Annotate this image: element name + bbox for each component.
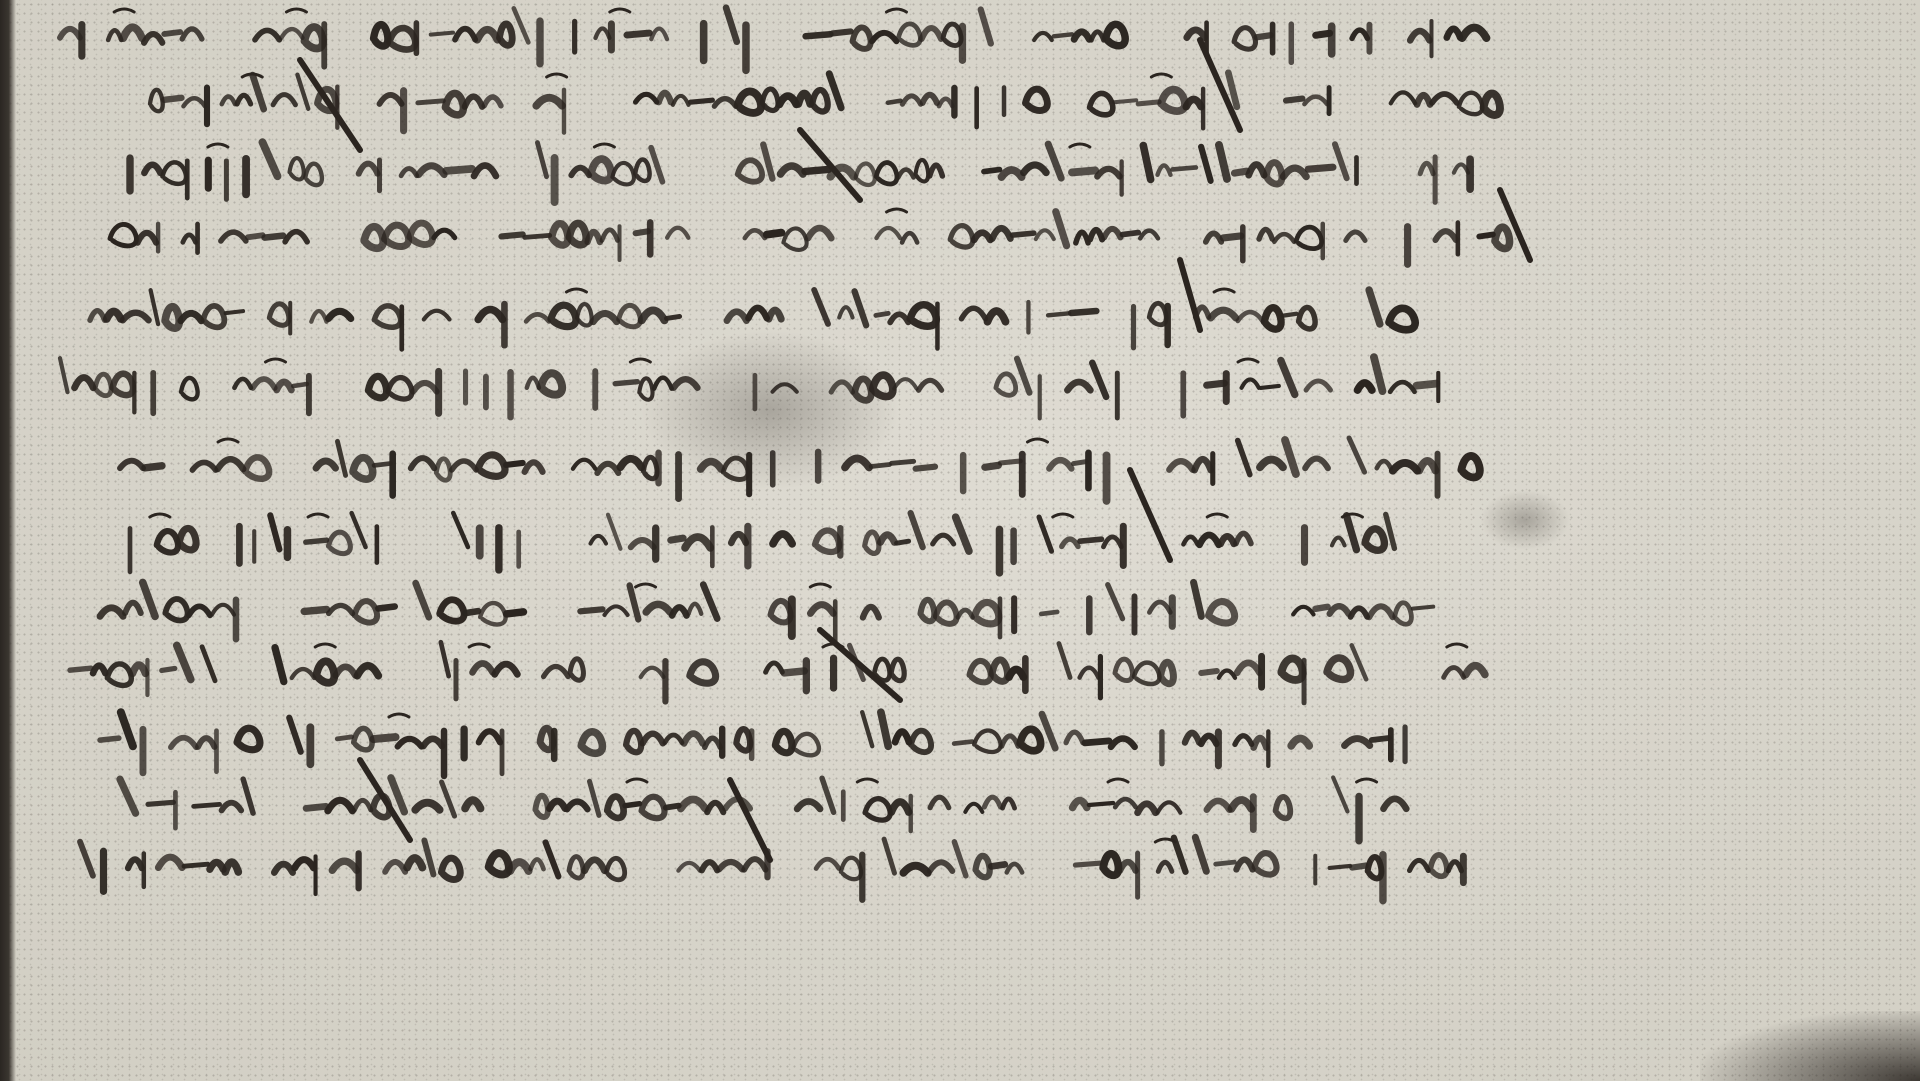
script-line-11 <box>100 712 1405 776</box>
script-line-4 <box>110 209 1510 264</box>
manuscript-page <box>0 0 1920 1081</box>
descender-stroke <box>800 130 860 200</box>
descender-stroke <box>1130 470 1170 560</box>
script-line-9 <box>100 582 1433 643</box>
script-line-7 <box>120 438 1480 501</box>
script-line-5 <box>90 289 1415 349</box>
script-line-8 <box>130 513 1394 573</box>
script-line-10 <box>70 642 1485 703</box>
descender-stroke <box>1180 260 1200 330</box>
script-line-13 <box>80 837 1463 900</box>
script-line-6 <box>60 357 1438 418</box>
script-line-3 <box>130 142 1470 202</box>
script-line-12 <box>120 777 1406 840</box>
descender-stroke <box>730 780 770 860</box>
handwritten-script <box>0 0 1920 1081</box>
script-line-2 <box>150 73 1500 133</box>
script-line-1 <box>60 8 1486 71</box>
